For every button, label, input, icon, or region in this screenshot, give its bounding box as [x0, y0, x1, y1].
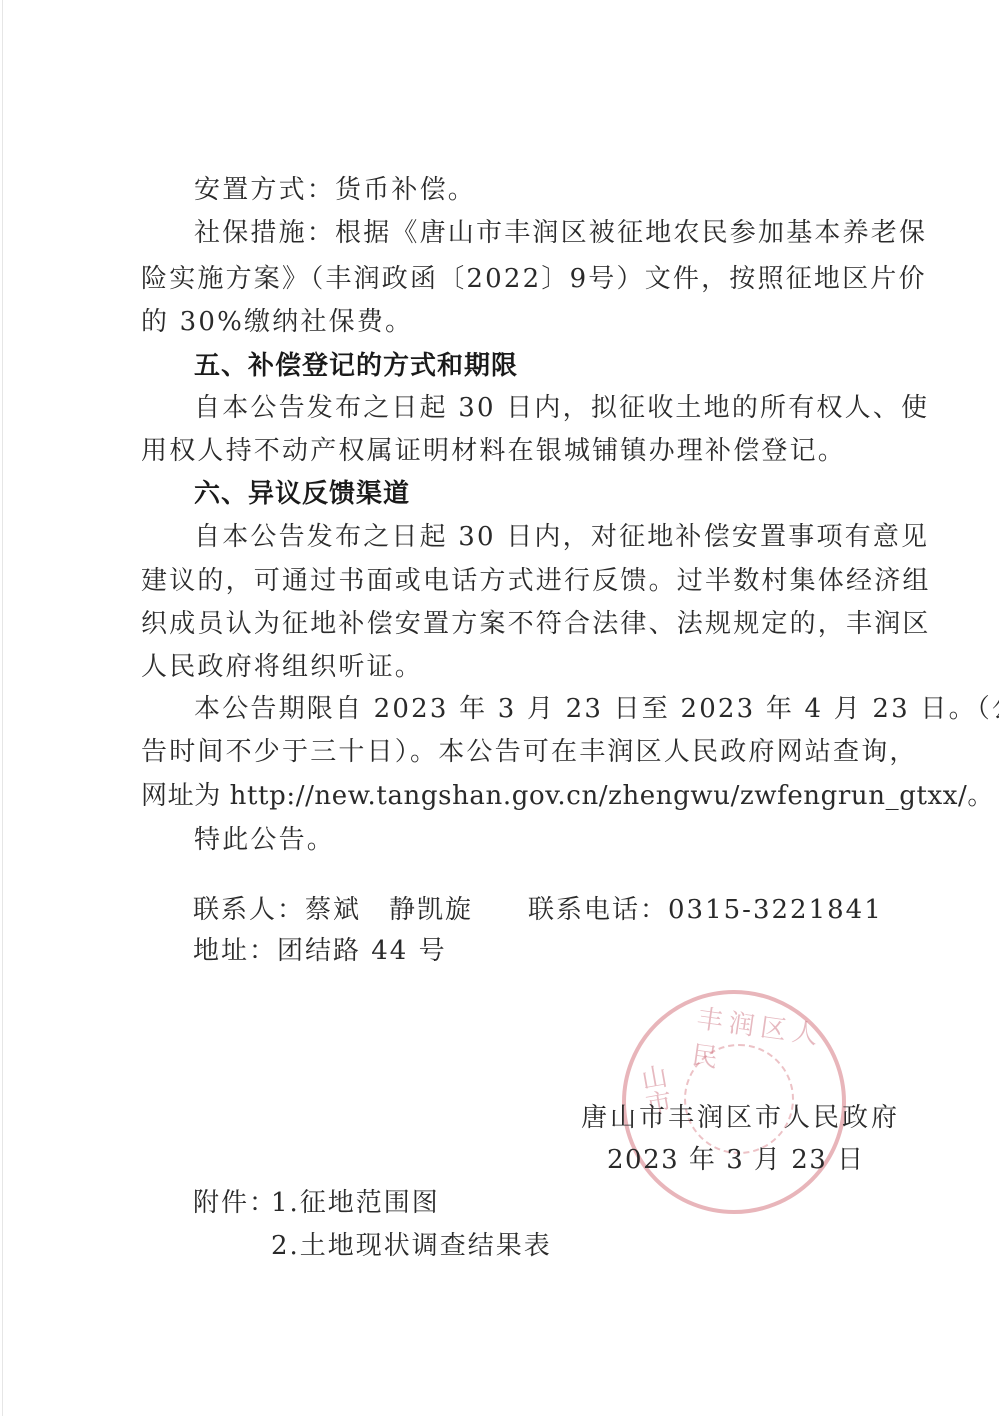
issue-date: 2023 年 3 月 23 日	[607, 1140, 865, 1180]
section-6-line-1: 自本公告发布之日起 30 日内，对征地补偿安置事项有意见	[194, 517, 886, 557]
social-security-line-2: 险实施方案》（丰润政函〔2022〕9号）文件，按照征地区片价	[141, 259, 886, 299]
contact-phone: 联系电话：0315-3221841	[528, 890, 883, 930]
period-line-2: 告时间不少于三十日）。本公告可在丰润区人民政府网站查询，	[141, 732, 886, 772]
attachment-item-2: 2.土地现状调查结果表	[271, 1226, 552, 1266]
closing-statement: 特此公告。	[194, 820, 939, 860]
section-heading-6: 六、异议反馈渠道	[194, 474, 939, 514]
period-line-3-url: 网址为 http://new.tangshan.gov.cn/zhengwu/z…	[141, 776, 886, 816]
page-edge	[2, 0, 3, 1416]
section-5-line-2: 用权人持不动产权属证明材料在银城铺镇办理补偿登记。	[141, 431, 886, 471]
contact-person: 联系人：蔡斌 静凯旋	[193, 890, 473, 930]
period-line-1: 本公告期限自 2023 年 3 月 23 日至 2023 年 4 月 23 日。…	[194, 689, 886, 729]
attachments-label: 附件：	[193, 1183, 277, 1223]
issuer-name: 唐山市丰润区市人民政府	[581, 1098, 900, 1138]
section-6-line-3: 织成员认为征地补偿安置方案不符合法律、法规规定的，丰润区	[141, 604, 886, 644]
resettlement-method: 安置方式：货币补偿。	[194, 170, 939, 210]
section-6-line-4: 人民政府将组织听证。	[141, 647, 886, 687]
contact-address: 地址：团结路 44 号	[193, 931, 447, 971]
social-security-line-1: 社保措施：根据《唐山市丰润区被征地农民参加基本养老保	[194, 213, 886, 253]
social-security-line-3: 的 30%缴纳社保费。	[141, 302, 886, 342]
section-6-line-2: 建议的，可通过书面或电话方式进行反馈。过半数村集体经济组	[141, 561, 886, 601]
section-heading-5: 五、补偿登记的方式和期限	[194, 346, 939, 386]
section-5-line-1: 自本公告发布之日起 30 日内，拟征收土地的所有权人、使	[194, 388, 886, 428]
attachment-item-1: 1.征地范围图	[271, 1183, 440, 1223]
